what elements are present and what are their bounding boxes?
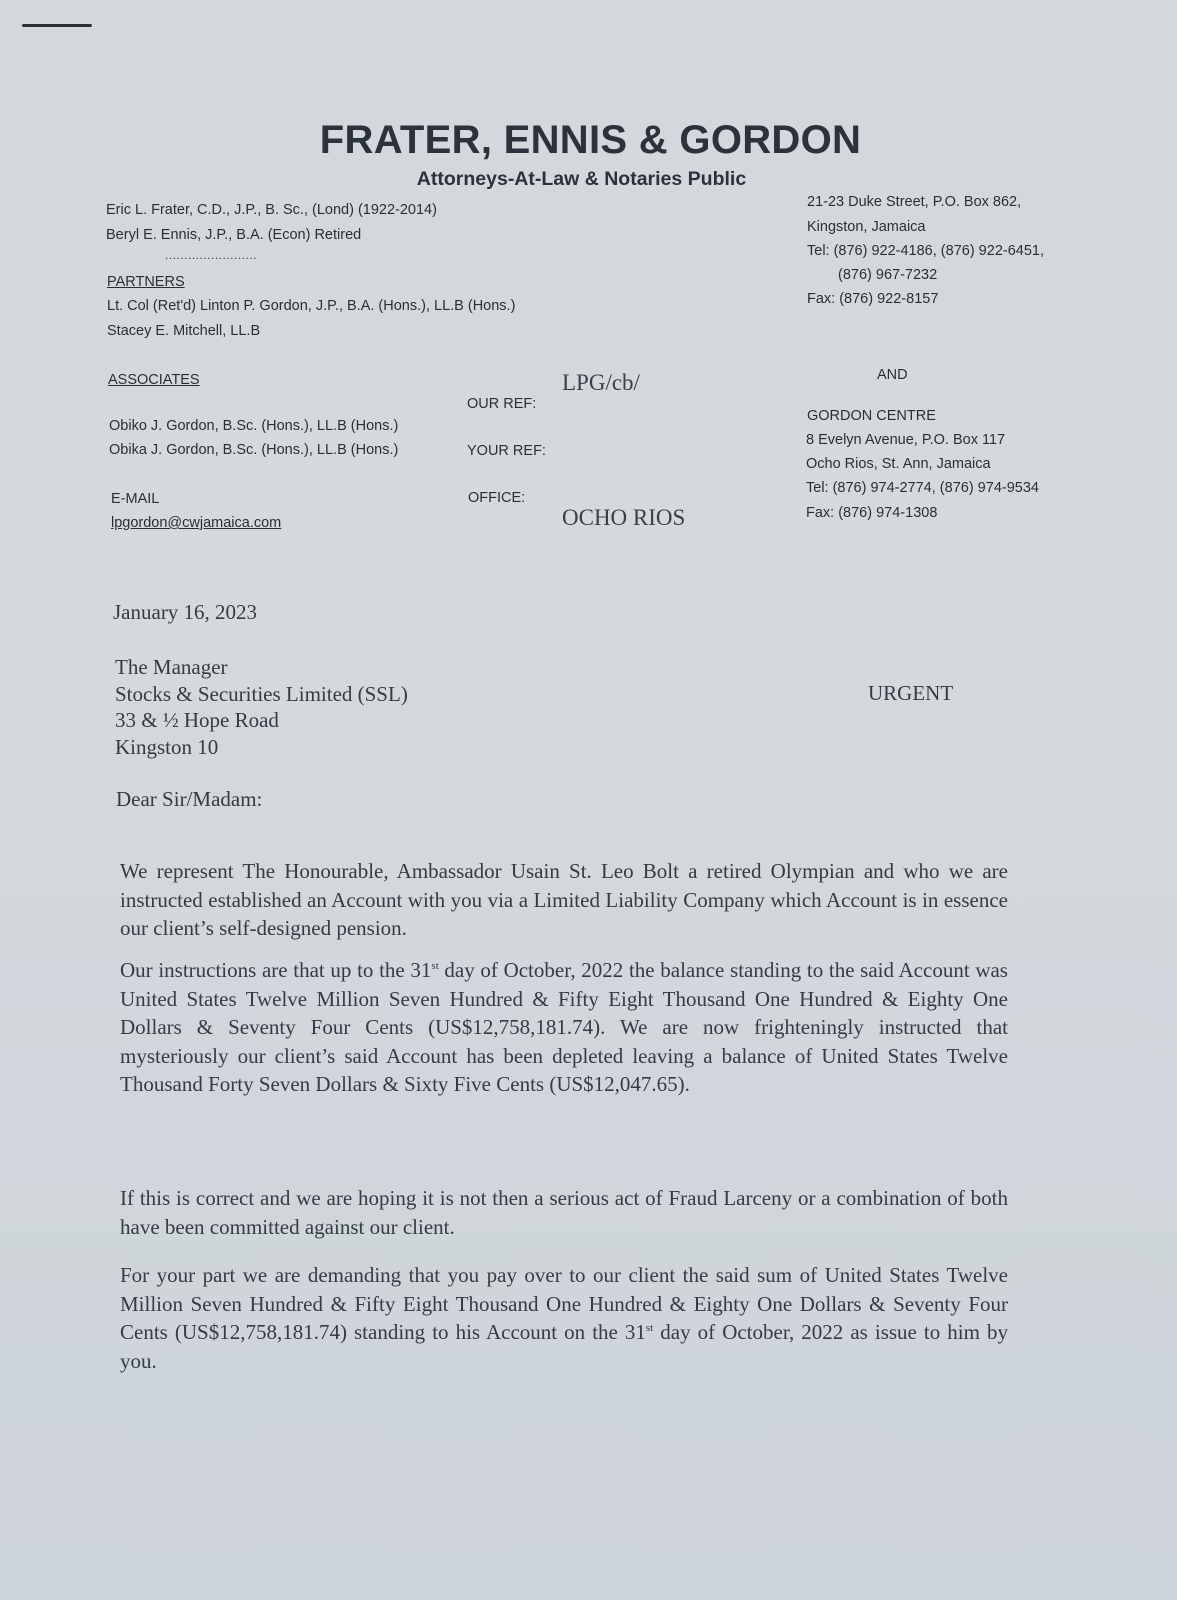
kingston-fax: Fax: (876) 922-8157 xyxy=(807,287,938,312)
partner-2: Stacey E. Mitchell, LL.B xyxy=(107,319,260,344)
recipient-line: Stocks & Securities Limited (SSL) xyxy=(115,681,408,708)
office-value: OCHO RIOS xyxy=(562,505,685,531)
founder-1: Eric L. Frater, C.D., J.P., B. Sc., (Lon… xyxy=(106,198,437,223)
gordon-centre-heading: GORDON CENTRE xyxy=(807,404,936,429)
ocho-rios-address-line-1: 8 Evelyn Avenue, P.O. Box 117 xyxy=(806,428,1005,453)
our-ref-value: LPG/cb/ xyxy=(562,370,640,396)
separator-dots: ........................ xyxy=(165,248,257,262)
associates-heading: ASSOCIATES xyxy=(108,368,200,393)
kingston-tel-2: (876) 967-7232 xyxy=(838,263,937,288)
associate-2: Obika J. Gordon, B.Sc. (Hons.), LL.B (Ho… xyxy=(109,438,398,463)
kingston-address-line-2: Kingston, Jamaica xyxy=(807,215,925,240)
office-label: OFFICE: xyxy=(468,486,525,511)
paragraph-fraud: If this is correct and we are hoping it … xyxy=(120,1184,1008,1241)
urgent-label: URGENT xyxy=(868,681,953,706)
partner-1: Lt. Col (Ret'd) Linton P. Gordon, J.P., … xyxy=(107,294,515,319)
recipient-line: Kingston 10 xyxy=(115,734,408,761)
recipient-line: 33 & ½ Hope Road xyxy=(115,707,408,734)
associate-1: Obiko J. Gordon, B.Sc. (Hons.), LL.B (Ho… xyxy=(109,414,398,439)
email-link[interactable]: lpgordon@cwjamaica.com xyxy=(111,511,281,536)
our-ref-label: OUR REF: xyxy=(467,392,536,417)
partners-heading: PARTNERS xyxy=(107,270,185,295)
letter-date: January 16, 2023 xyxy=(113,600,257,625)
founder-2: Beryl E. Ennis, J.P., B.A. (Econ) Retire… xyxy=(106,223,361,248)
ocho-rios-fax: Fax: (876) 974-1308 xyxy=(806,501,937,526)
page-corner-mark xyxy=(22,24,92,27)
ocho-rios-tel: Tel: (876) 974-2774, (876) 974-9534 xyxy=(806,476,1039,501)
salutation: Dear Sir/Madam: xyxy=(116,787,262,812)
your-ref-label: YOUR REF: xyxy=(467,439,546,464)
firm-name: FRATER, ENNIS & GORDON xyxy=(0,118,1177,163)
firm-subtitle: Attorneys-At-Law & Notaries Public xyxy=(0,168,1177,191)
email-label: E-MAIL xyxy=(111,487,159,512)
recipient-line: The Manager xyxy=(115,654,408,681)
paragraph-representation: We represent The Honourable, Ambassador … xyxy=(120,857,1008,943)
kingston-tel: Tel: (876) 922-4186, (876) 922-6451, xyxy=(807,239,1044,264)
recipient-block: The Manager Stocks & Securities Limited … xyxy=(115,654,408,760)
and-label: AND xyxy=(877,363,908,388)
paragraph-instructions: Our instructions are that up to the 31st… xyxy=(120,956,1008,1099)
kingston-address-line-1: 21-23 Duke Street, P.O. Box 862, xyxy=(807,190,1021,215)
ocho-rios-address-line-2: Ocho Rios, St. Ann, Jamaica xyxy=(806,452,991,477)
paragraph-demand: For your part we are demanding that you … xyxy=(120,1261,1008,1375)
